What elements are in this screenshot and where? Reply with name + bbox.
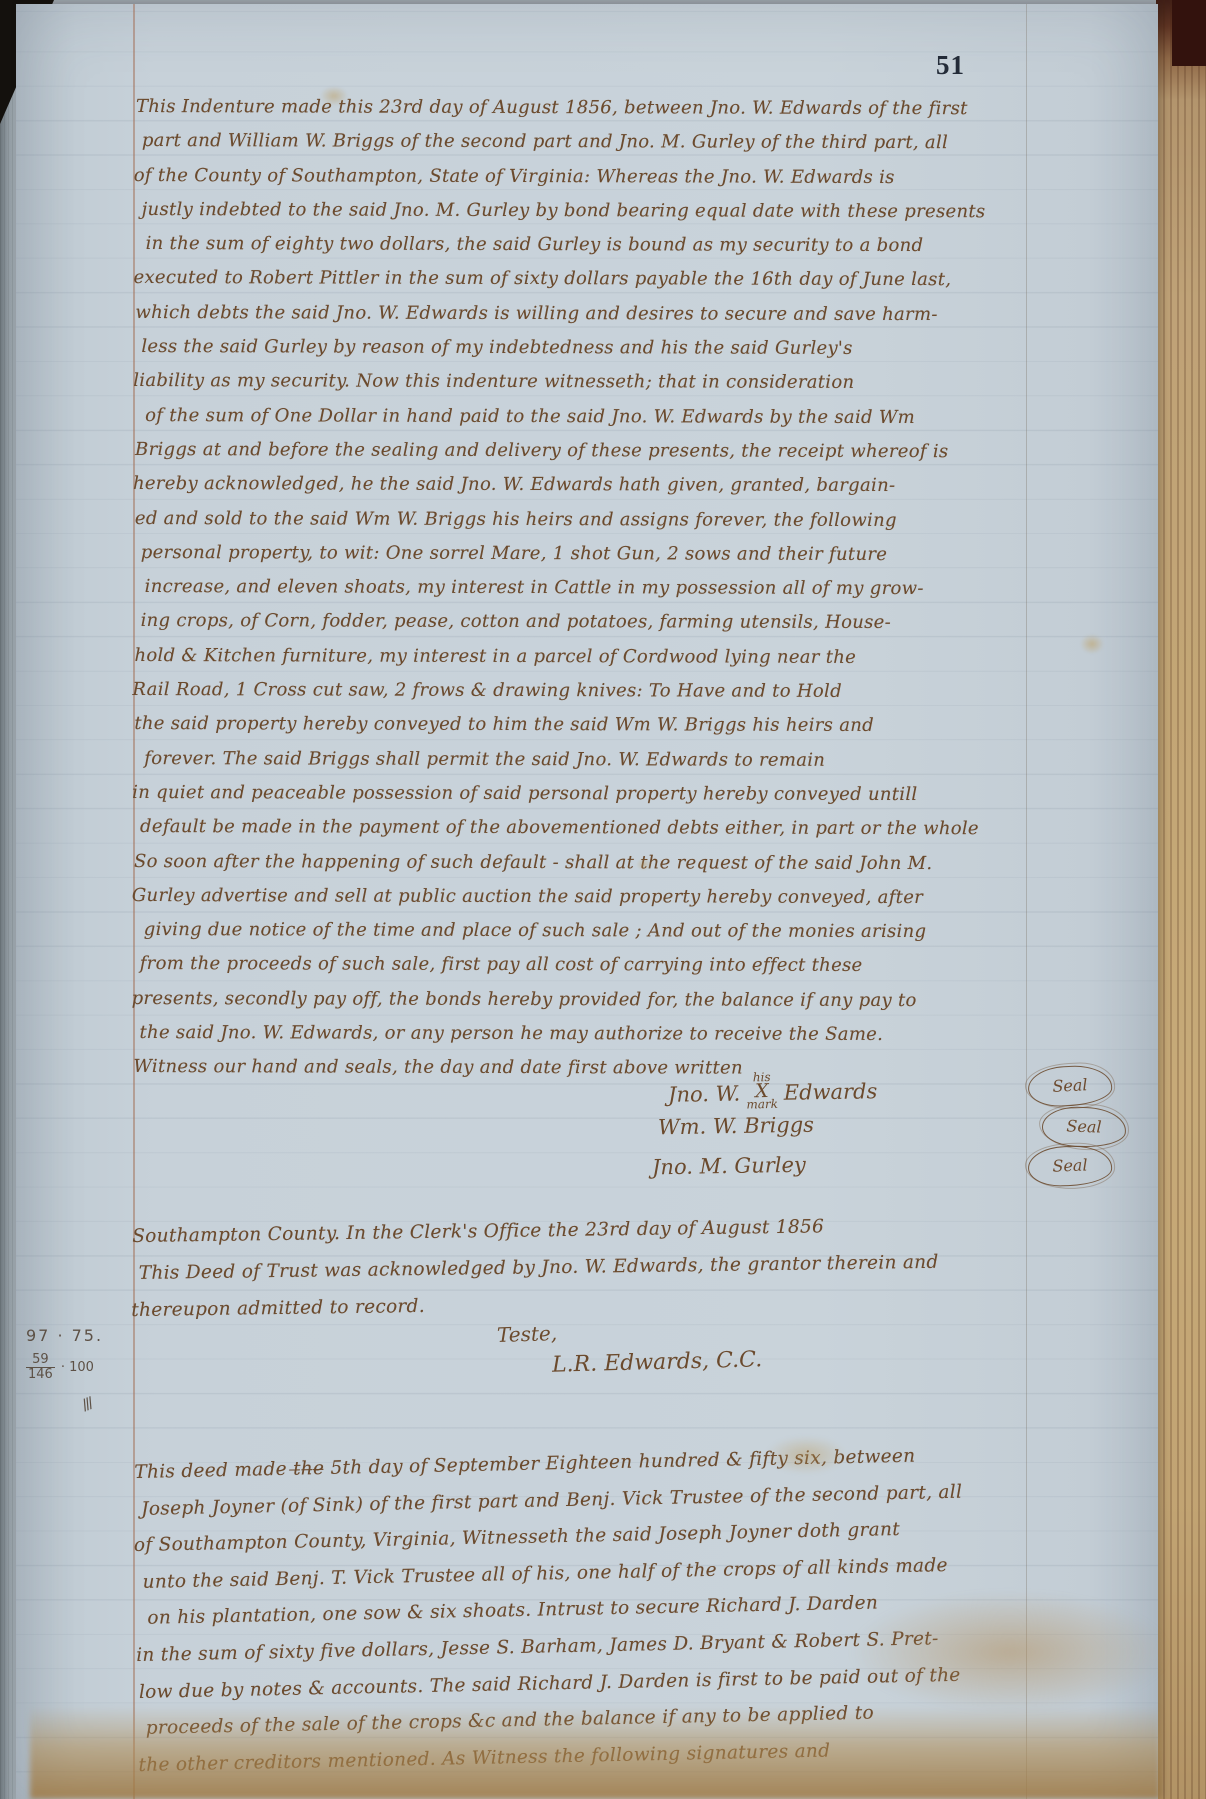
handwritten-line: giving due notice of the time and place … [144, 913, 1024, 950]
seal-stamp-edwards: Seal [1027, 1064, 1113, 1108]
book-right-page-edges [1156, 0, 1206, 1799]
margin-calc-line1: 97 · 75. [26, 1326, 103, 1345]
handwritten-line: Witness our hand and seals, the day and … [133, 1050, 1023, 1087]
handwritten-line: executed to Robert Pittler in the sum of… [133, 261, 1025, 298]
handwritten-line: of the sum of One Dollar in hand paid to… [145, 399, 1025, 436]
signature-edwards-pre: Jno. W. [668, 1082, 741, 1107]
margin-calculations: 97 · 75. 59 146 · 100 /// [26, 1326, 103, 1413]
page-number: 51 [936, 50, 965, 81]
handwritten-line: liability as my security. Now this inden… [133, 364, 1025, 401]
clerk-acknowledgment: Southampton County. In the Clerk's Offic… [132, 1205, 1053, 1329]
margin-fraction: 59 146 [26, 1353, 55, 1381]
page-bottom-discoloration [30, 1706, 1160, 1799]
signature-briggs: Wm. W. Briggs [658, 1113, 814, 1140]
handwritten-line: the said property hereby conveyed to him… [134, 707, 1024, 744]
handwritten-line: This Indenture made this 23rd day of Aug… [136, 90, 1026, 127]
handwritten-line: Gurley advertise and sell at public auct… [132, 879, 1024, 916]
handwritten-line: ing crops, of Corn, fodder, pease, cotto… [141, 604, 1025, 641]
margin-calc-result: · 100 [61, 1360, 94, 1375]
handwritten-line: in the sum of eighty two dollars, the sa… [146, 227, 1026, 264]
handwritten-line: hold & Kitchen furniture, my interest in… [134, 639, 1024, 676]
handwritten-line: increase, and eleven shoats, my interest… [145, 570, 1025, 607]
handwritten-line: of the County of Southampton, State of V… [134, 159, 1026, 196]
signature-edwards: Jno. W.hisXmarkEdwards [668, 1070, 878, 1112]
handwritten-line: personal property, to wit: One sorrel Ma… [141, 536, 1025, 573]
handwritten-line: Rail Road, 1 Cross cut saw, 2 frows & dr… [132, 673, 1024, 710]
deed-book-photo: 51 This Indenture made this 23rd day of … [0, 0, 1206, 1799]
signature-edwards-post: Edwards [784, 1079, 878, 1105]
signature-gurley: Jno. M. Gurley [652, 1153, 806, 1180]
margin-calc-line2: 59 146 · 100 [26, 1353, 103, 1381]
handwritten-line: forever. The said Briggs shall permit th… [144, 742, 1024, 779]
handwritten-line: the said Jno. W. Edwards, or any person … [139, 1016, 1023, 1053]
his-mark-x: hisXmark [746, 1072, 778, 1111]
seal-stamp-gurley: Seal [1027, 1145, 1112, 1188]
handwritten-line: hereby acknowledged, he the said Jno. W.… [133, 467, 1025, 504]
handwritten-line: part and William W. Briggs of the second… [142, 124, 1026, 161]
book-cover-corner [1172, 0, 1206, 66]
handwritten-line: presents, secondly pay off, the bonds he… [132, 982, 1024, 1019]
handwritten-line: from the proceeds of such sale, first pa… [140, 947, 1024, 984]
handwritten-line: So soon after the happening of such defa… [134, 845, 1024, 882]
attest-label: Teste, [497, 1321, 558, 1347]
handwritten-line: ed and sold to the said Wm W. Briggs his… [135, 502, 1025, 539]
ruled-margin-line-right [1026, 4, 1027, 1799]
handwritten-line: in quiet and peaceable possession of sai… [132, 776, 1024, 813]
handwritten-line: which debts the said Jno. W. Edwards is … [135, 296, 1025, 333]
handwritten-line: justly indebted to the said Jno. M. Gurl… [142, 193, 1026, 230]
handwritten-line: Briggs at and before the sealing and del… [135, 433, 1025, 470]
handwritten-line: less the said Gurley by reason of my ind… [141, 330, 1025, 367]
handwritten-line: default be made in the payment of the ab… [140, 810, 1024, 847]
deed1-body: This Indenture made this 23rd day of Aug… [133, 90, 1026, 1087]
margin-tick-marks: /// [79, 1394, 94, 1414]
